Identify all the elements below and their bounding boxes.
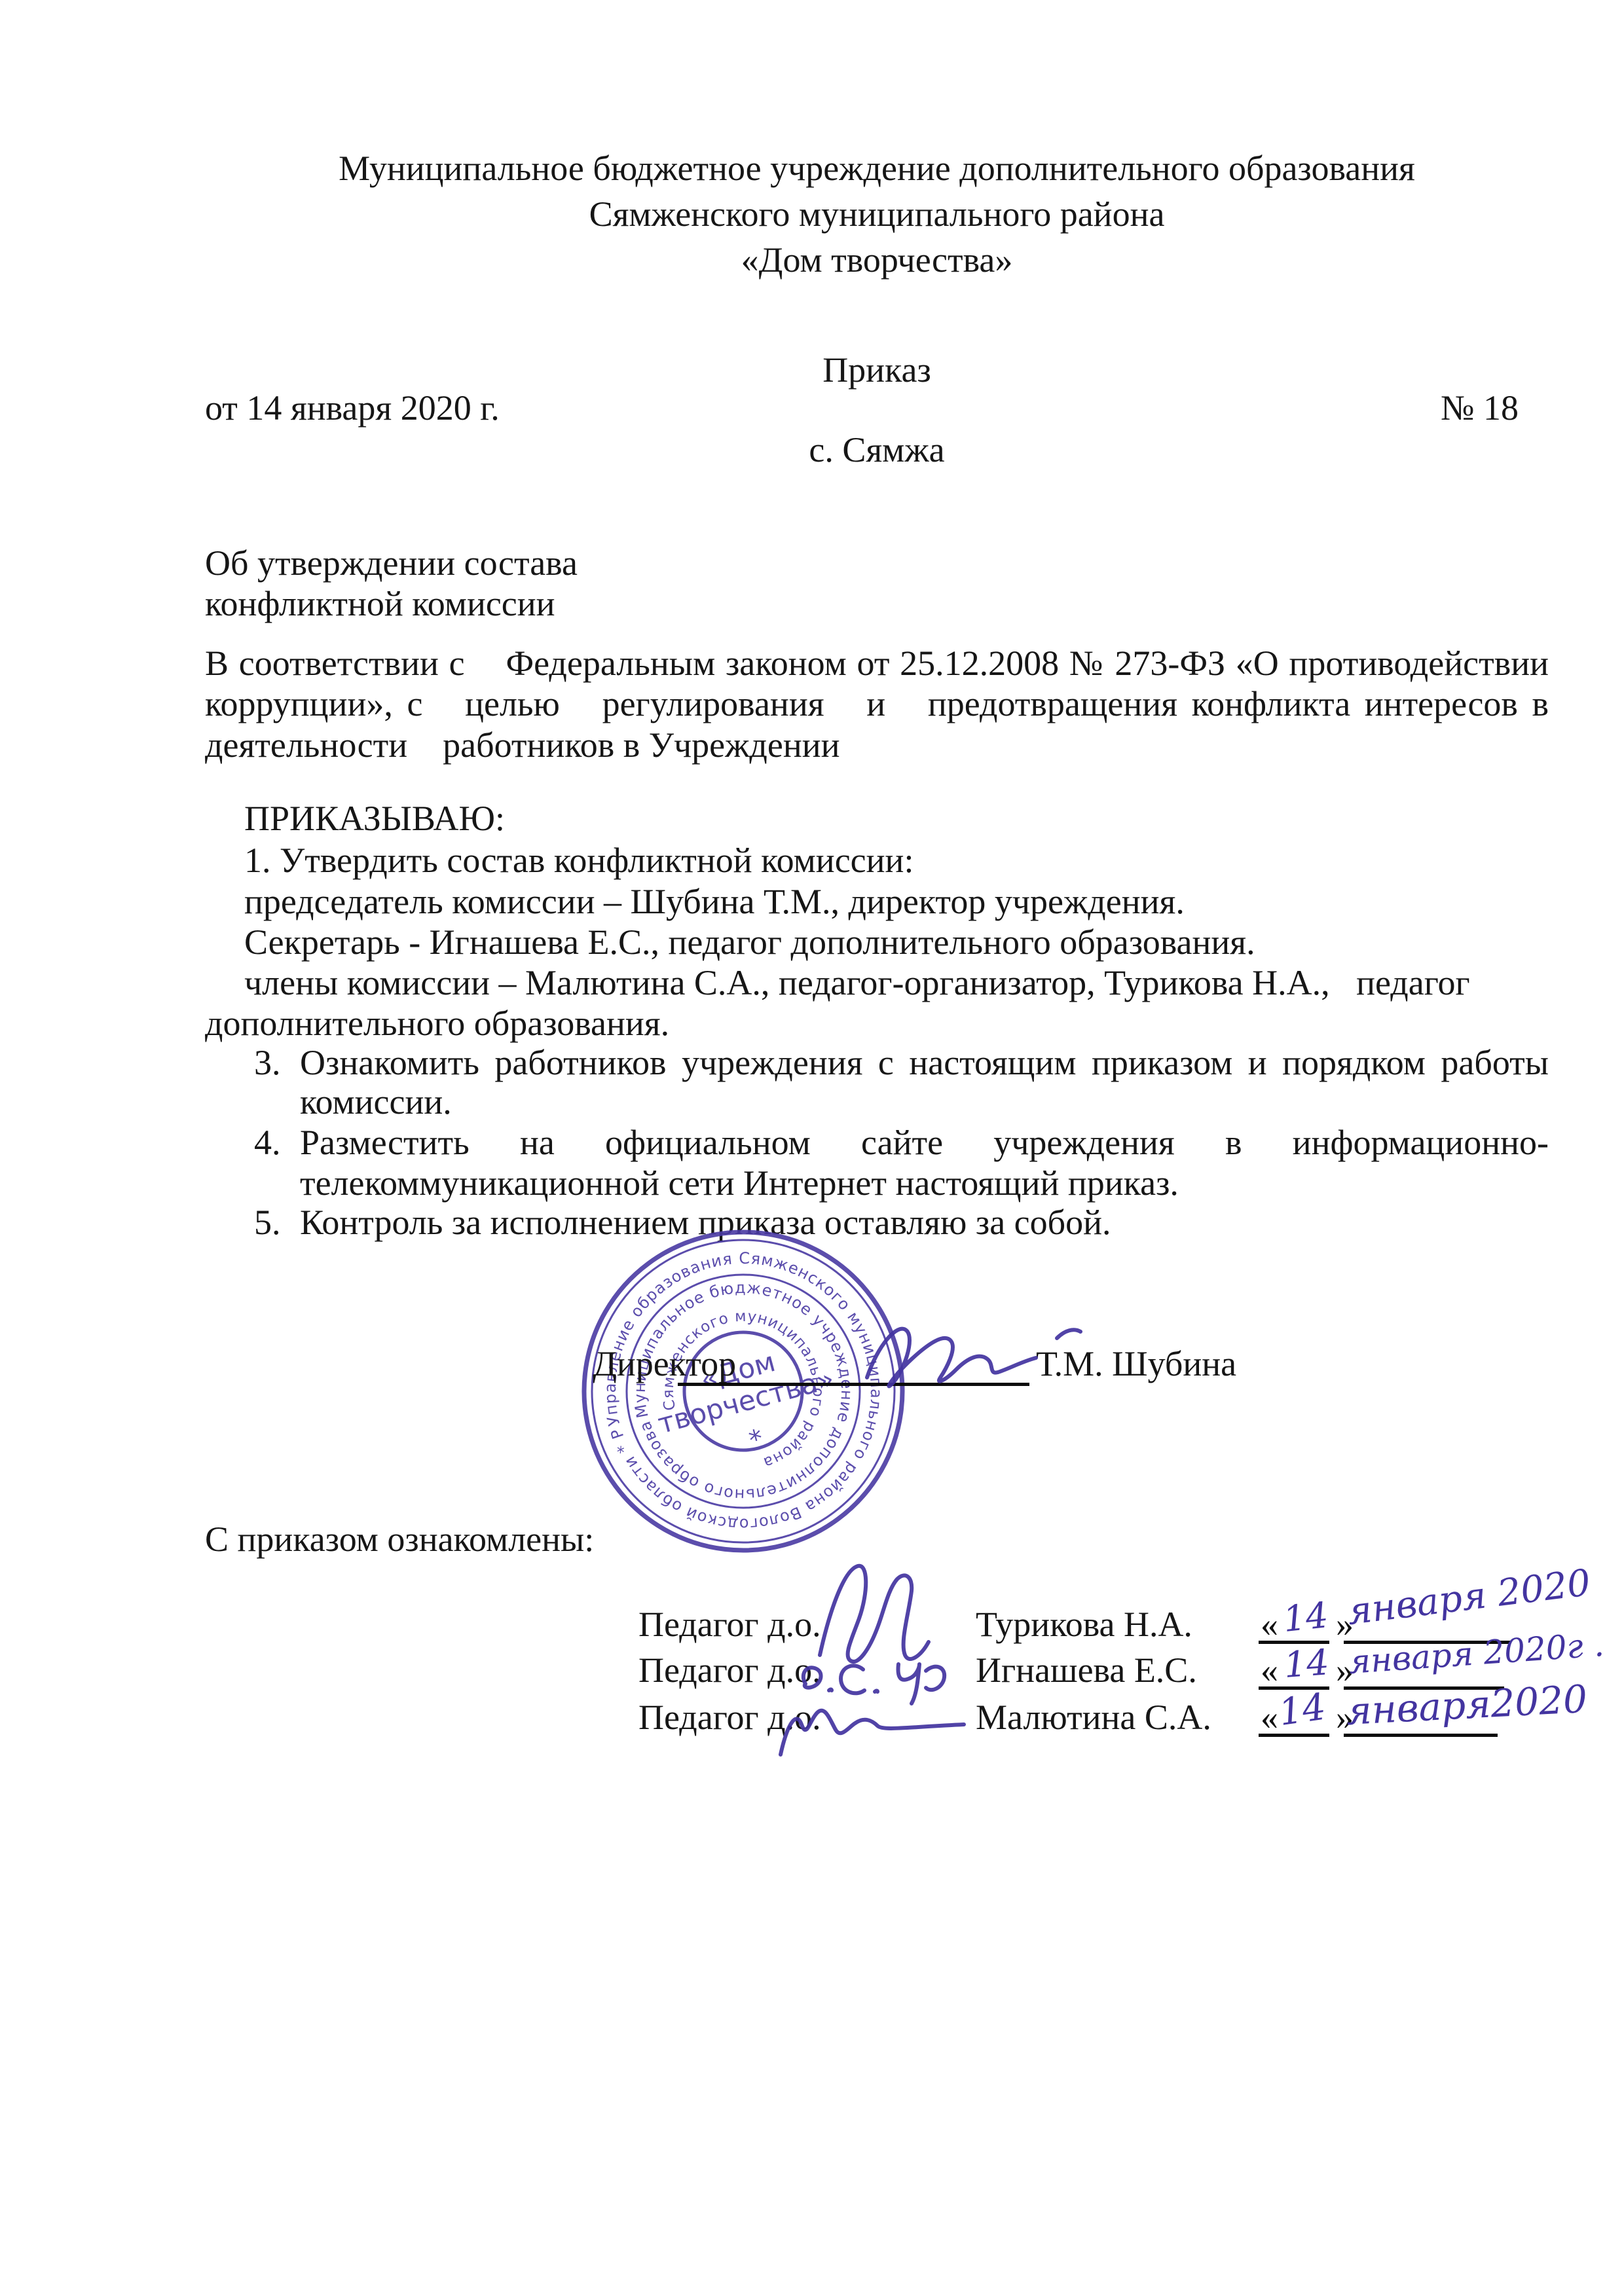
item5-number: 5. [254, 1202, 281, 1243]
intro-line3: деятельности работников в Учреждении [205, 725, 1549, 765]
quote-open: « [1261, 1697, 1278, 1738]
handwritten-day: 14 [1276, 1686, 1329, 1734]
intro-line1: В соответствии с Федеральным законом от … [205, 643, 1549, 683]
ack-heading: С приказом ознакомлены: [205, 1519, 594, 1559]
item3-line1: Ознакомить работников учреждения с насто… [300, 1042, 1549, 1083]
order-line-1: 1. Утвердить состав конфликтной комиссии… [244, 840, 913, 881]
resolve-heading: ПРИКАЗЫВАЮ: [244, 798, 505, 839]
ack-role: Педагог д.о. [638, 1604, 821, 1645]
quote-open: « [1261, 1650, 1278, 1690]
item4-number: 4. [254, 1122, 281, 1163]
handwritten-day: 14 [1281, 1594, 1330, 1640]
doc-place: с. Сямжа [205, 429, 1549, 470]
doc-title: Приказ [205, 350, 1549, 390]
subject-line2: конфликтной комиссии [205, 583, 555, 624]
order-line-5: дополнительного образования. [205, 1003, 669, 1044]
director-signature [849, 1304, 1111, 1402]
ack-signature-malyutina [773, 1684, 969, 1769]
item4-line1: Разместить на официальном сайте учрежден… [300, 1122, 1549, 1163]
org-name-line3: «Дом творчества» [205, 237, 1549, 283]
handwritten-date: января 2020 [1345, 1561, 1593, 1633]
item3-number: 3. [254, 1042, 281, 1083]
item4-line2: телекоммуникационной сети Интернет насто… [300, 1163, 1179, 1203]
ack-name: Игнашева Е.С. [976, 1650, 1197, 1690]
intro-line2: коррупции», с целью регулирования и пред… [205, 683, 1549, 724]
order-line-4: члены комиссии – Малютина С.А., педагог-… [244, 962, 1470, 1003]
org-name-line1: Муниципальное бюджетное учреждение допол… [205, 145, 1549, 191]
director-role: Директор [593, 1343, 736, 1384]
order-line-2: председатель комиссии – Шубина Т.М., дир… [244, 881, 1185, 922]
order-line-3: Секретарь - Игнашева Е.С., педагог допол… [244, 922, 1255, 962]
scanned-order-document: Муниципальное бюджетное учреждение допол… [0, 0, 1624, 2296]
quote-open: « [1261, 1604, 1278, 1645]
org-header: Муниципальное бюджетное учреждение допол… [205, 145, 1549, 283]
doc-date: от 14 января 2020 г. [205, 388, 500, 428]
ack-name: Малютина С.А. [976, 1697, 1211, 1738]
handwritten-day: 14 [1283, 1641, 1331, 1686]
day-underline [1259, 1734, 1329, 1737]
item3-line2: комиссии. [300, 1082, 452, 1122]
org-name-line2: Сямженского муниципального района [205, 191, 1549, 237]
subject-line1: Об утверждении состава [205, 543, 578, 583]
doc-number: № 18 [1441, 388, 1519, 428]
ack-name: Турикова Н.А. [976, 1604, 1192, 1645]
date-underline [1344, 1734, 1498, 1737]
